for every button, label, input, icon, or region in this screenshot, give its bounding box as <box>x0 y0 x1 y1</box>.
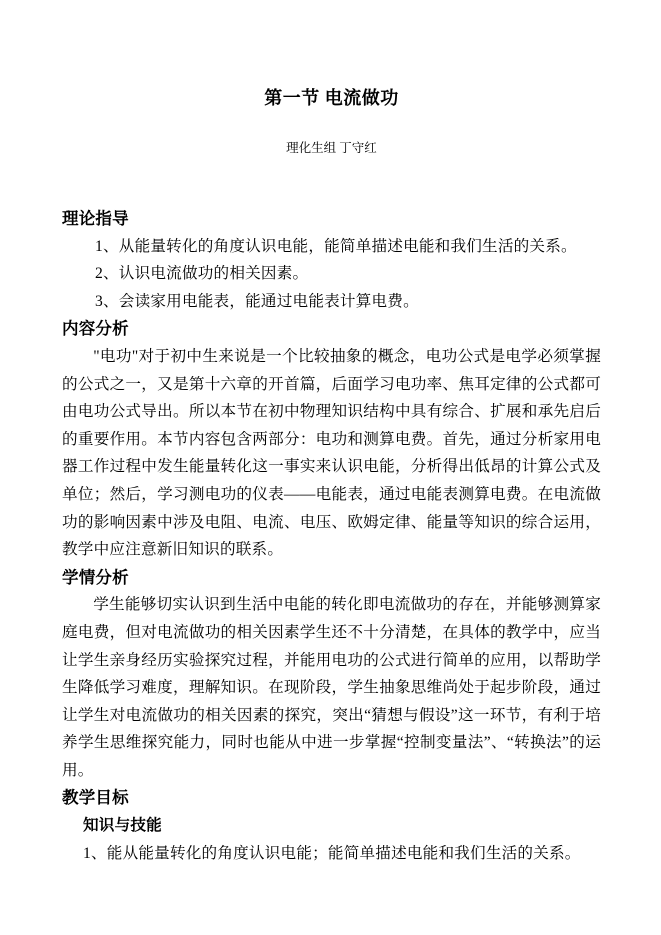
document-title: 第一节 电流做功 <box>62 86 601 110</box>
section-heading-learner-analysis: 学情分析 <box>62 564 601 592</box>
list-item: 3、会读家用电能表，能通过电能表计算电费。 <box>62 288 601 316</box>
document-author: 理化生组 丁守红 <box>62 140 601 156</box>
section-heading-content-analysis: 内容分析 <box>62 315 601 343</box>
list-item: 1、从能量转化的角度认识电能，能简单描述电能和我们生活的关系。 <box>62 233 601 261</box>
section-heading-teaching-objectives: 教学目标 <box>62 784 601 812</box>
document-page: 第一节 电流做功 理化生组 丁守红 理论指导 1、从能量转化的角度认识电能，能简… <box>0 0 661 935</box>
list-item: 2、认识电流做功的相关因素。 <box>62 260 601 288</box>
section-heading-theory-guidance: 理论指导 <box>62 205 601 233</box>
paragraph-content-analysis: "电功"对于初中生来说是一个比较抽象的概念，电功公式是电学必须掌握的公式之一，又… <box>62 343 601 564</box>
document-body: 理论指导 1、从能量转化的角度认识电能，能简单描述电能和我们生活的关系。 2、认… <box>62 205 601 867</box>
list-item: 1、能从能量转化的角度认识电能；能简单描述电能和我们生活的关系。 <box>62 840 601 868</box>
paragraph-learner-analysis: 学生能够切实认识到生活中电能的转化即电流做功的存在，并能够测算家庭电费，但对电流… <box>62 591 601 784</box>
subsection-heading-knowledge-skills: 知识与技能 <box>62 812 601 840</box>
